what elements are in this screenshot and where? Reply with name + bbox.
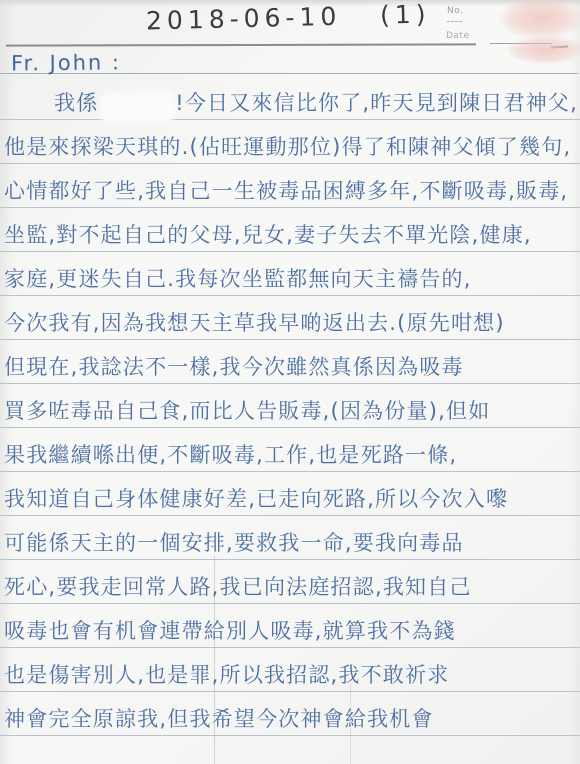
line-text: 心情都好了些,我自己一生被毒品困縛多年,不斷吸毒,販毒, [4, 178, 568, 204]
line-text: 他是來探梁天琪的.(佔旺運動那位)得了和陳神父傾了幾句, [4, 134, 571, 160]
handwritten-line: 果我繼續喺出便,不斷吸毒,工作,也是死路一條, [0, 428, 580, 472]
handwritten-date-heading: 2018-06-10 (1) [146, 0, 431, 35]
name-redaction-blob [102, 94, 173, 121]
handwritten-line: 買多咗毒品自己食,而比人告販毒,(因為份量),但如 [0, 384, 580, 428]
handwritten-line: 家庭,更迷失自己.我每次坐監都無向天主禱告的, [0, 252, 580, 296]
line-text: 可能係天主的一個安排,要救我一命,要我向毒品 [4, 530, 464, 556]
fold-crease [214, 556, 215, 764]
line-text: 但現在,我諗法不一樣,我今次雖然真係因為吸毒 [4, 354, 464, 380]
no-field-underline [447, 21, 462, 22]
handwritten-line: 我係!今日又來信比你了,昨天見到陳日君神父, [0, 76, 580, 120]
handwritten-line: 坐監,對不起自己的父母,兒女,妻子失去不單光陰,健康, [0, 208, 580, 252]
letter-body: 我係!今日又來信比你了,昨天見到陳日君神父, 他是來探梁天琪的.(佔旺運動那位)… [0, 76, 580, 736]
line-text: 死心,要我走回常人路,我已向法庭招認,我知自己 [4, 574, 472, 600]
handwritten-line: 死心,要我走回常人路,我已向法庭招認,我知自己 [0, 560, 580, 604]
salutation-row: Fr. John : [0, 46, 578, 74]
line-text: 果我繼續喺出便,不斷吸毒,工作,也是死路一條, [4, 442, 457, 468]
line-text: 也是傷害別人,也是罪,所以我招認,我不敢祈求 [4, 662, 449, 688]
handwritten-line: 也是傷害別人,也是罪,所以我招認,我不敢祈求 [0, 648, 580, 692]
handwritten-line: 但現在,我諗法不一樣,我今次雖然真係因為吸毒 [0, 340, 580, 384]
line-text: 神會完全原諒我,但我希望今次神會給我机會 [4, 706, 434, 732]
line-text: 今次我有,因為我想天主草我早啲返出去.(原先咁想) [4, 310, 505, 336]
line-text: 家庭,更迷失自己.我每次坐監都無向天主禱告的, [4, 266, 472, 292]
handwritten-line: 我知道自己身体健康好差,已走向死路,所以今次入嚟 [0, 472, 580, 516]
handwritten-line: 可能係天主的一個安排,要救我一命,要我向毒品 [0, 516, 580, 560]
handwritten-line: 吸毒也會有机會連帶給別人吸毒,就算我不為錢 [0, 604, 580, 648]
handwritten-line: 他是來探梁天琪的.(佔旺運動那位)得了和陳神父傾了幾句, [0, 120, 580, 164]
line-text: 買多咗毒品自己食,而比人告販毒,(因為份量),但如 [4, 398, 490, 424]
line1-suffix: !今日又來信比你了,昨天見到陳日君神父, [175, 90, 578, 116]
salutation-text: Fr. John : [0, 50, 121, 75]
handwritten-line: 今次我有,因為我想天主草我早啲返出去.(原先咁想) [0, 296, 580, 340]
handwritten-line: 神會完全原諒我,但我希望今次神會給我机會 [0, 692, 580, 736]
date-field-label: Date [446, 31, 470, 41]
line-text: 吸毒也會有机會連帶給別人吸毒,就算我不為錢 [4, 618, 456, 644]
line-text: 我知道自己身体健康好差,已走向死路,所以今次入嚟 [4, 486, 508, 512]
fold-crease [350, 684, 351, 764]
line1-prefix: 我係 [54, 90, 98, 116]
line-text: 坐監,對不起自己的父母,兒女,妻子失去不單光陰,健康, [4, 222, 532, 248]
letter-scan-page: 2018-06-10 (1) No. Date Fr. John : 我係!今日… [0, 0, 580, 764]
no-field-label: No. [447, 6, 463, 16]
handwritten-line: 心情都好了些,我自己一生被毒品困縛多年,不斷吸毒,販毒, [0, 164, 580, 208]
pink-redaction-blob-top [498, 0, 580, 40]
